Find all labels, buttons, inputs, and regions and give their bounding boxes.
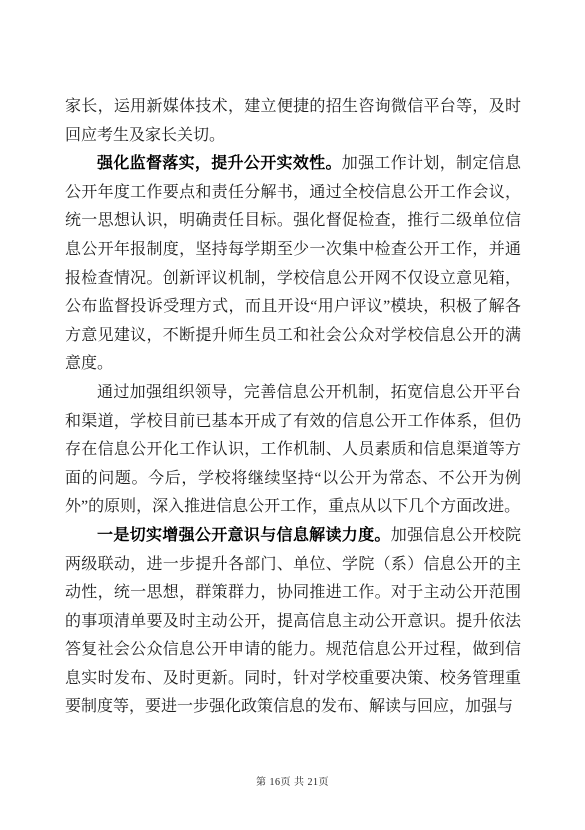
document-page: { "document": { "paragraphs": [ { "lead"… xyxy=(0,0,585,830)
paragraph-text: 加强工作计划，制定信息公开年度工作要点和责任分解书，通过全校信息公开工作会议，统… xyxy=(65,155,521,372)
paragraph-improvement-item-one: 一是切实增强公开意识与信息解读力度。加强信息公开校院两级联动，进一步提升各部门、… xyxy=(65,522,521,722)
page-number-label: 第 16页 共 21页 xyxy=(256,777,329,788)
document-page-surface: 家长，运用新媒体技术，建立便捷的招生咨询微信平台等，及时回应考生及家长关切。 强… xyxy=(0,0,585,830)
paragraph-lead-bold: 一是切实增强公开意识与信息解读力度。 xyxy=(97,527,391,544)
paragraph-continuation: 家长，运用新媒体技术，建立便捷的招生咨询微信平台等，及时回应考生及家长关切。 xyxy=(65,93,521,150)
paragraph-text: 加强信息公开校院两级联动，进一步提升各部门、单位、学院（系）信息公开的主动性，统… xyxy=(65,527,521,716)
paragraph-lead-bold: 强化监督落实，提升公开实效性。 xyxy=(97,155,342,172)
paragraph-text: 家长，运用新媒体技术，建立便捷的招生咨询微信平台等，及时回应考生及家长关切。 xyxy=(65,98,521,144)
paragraph-summary: 通过加强组织领导，完善信息公开机制，拓宽信息公开平台和渠道，学校目前已基本开成了… xyxy=(65,379,521,522)
paragraph-supervision: 强化监督落实，提升公开实效性。加强工作计划，制定信息公开年度工作要点和责任分解书… xyxy=(65,150,521,379)
page-number-footer: 第 16页 共 21页 xyxy=(0,776,585,790)
document-body: 家长，运用新媒体技术，建立便捷的招生咨询微信平台等，及时回应考生及家长关切。 强… xyxy=(65,93,521,722)
paragraph-text: 通过加强组织领导，完善信息公开机制，拓宽信息公开平台和渠道，学校目前已基本开成了… xyxy=(65,384,521,515)
